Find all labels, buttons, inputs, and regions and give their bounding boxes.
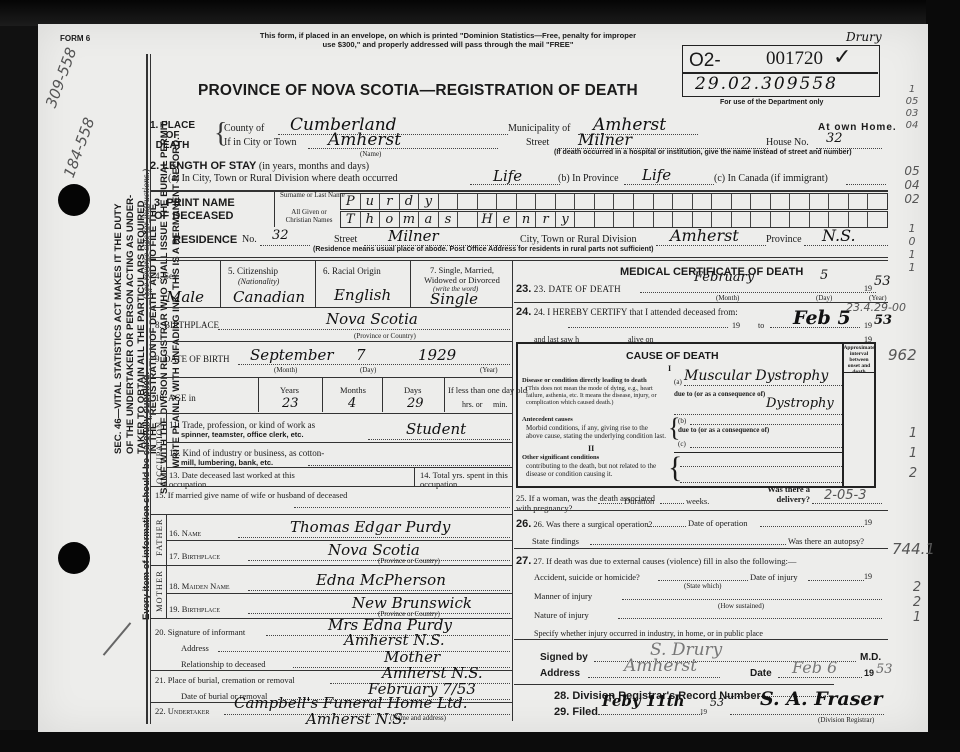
municipality-label: Municipality of (508, 123, 571, 134)
residence-city-value: Amherst (670, 226, 739, 245)
department-prefix: O2- (689, 50, 721, 72)
house-value: 32 (826, 131, 843, 146)
stay-city-label: (a) In City, Town or Rural Division wher… (168, 173, 398, 184)
cause-due-to-value: Dystrophy (766, 396, 834, 411)
department-handwritten-number: 29.02.309558 (695, 74, 838, 94)
manner-label: Manner of injury (534, 591, 592, 601)
racial-origin-label: 6. Racial Origin (323, 266, 381, 276)
margin-annotation-left-1: 309-558 (42, 45, 80, 110)
marital-status-value: Single (430, 290, 478, 308)
form-number: FORM 6 (60, 34, 90, 43)
dob-year-value: 1929 (418, 346, 456, 364)
death-month-value: February (694, 270, 754, 285)
direct-cause-label: Disease or condition directly leading to… (522, 377, 647, 384)
physician-address-value: Amherst (624, 656, 697, 676)
age-days-value: 29 (407, 396, 424, 411)
registrar-signature: S. A. Fraser (760, 688, 883, 710)
age-label: 10. AGE in (155, 393, 196, 403)
undertaker-address-value: Amherst N.S. (306, 710, 407, 728)
surname-label: Surname or Last Name (280, 191, 338, 199)
residence-label: RESIDENCE (173, 234, 237, 246)
city-value: Amherst (328, 130, 401, 150)
physician-date-value: Feb 6 (792, 658, 837, 677)
signed-by-label: Signed by (540, 652, 588, 663)
nature-label: Nature of injury (534, 610, 589, 620)
surgery-label: 26. 26. Was there a surgical operation? (516, 518, 652, 530)
delivery-annotation: 2-05-3 (824, 488, 866, 503)
birthplace-label: 8. BIRTHPLACE (155, 320, 219, 330)
specify-label: Specify whether injury occurred in indus… (534, 629, 763, 638)
interval-header: Approximate interval between onset and d… (843, 345, 875, 375)
checkmark-icon: ✓ (833, 44, 851, 70)
informant-address-value: Amherst N.S. (344, 631, 445, 649)
relationship-label: Relationship to deceased (181, 659, 266, 669)
form-title: PROVINCE OF NOVA SCOTIA—REGISTRATION OF … (198, 82, 638, 100)
sex-value: Male (166, 288, 204, 306)
stay-canada-label: (c) In Canada (if immigrant) (714, 173, 828, 184)
informant-signature-label: 20. Signature of informant (155, 627, 245, 637)
age-years-value: 23 (282, 396, 299, 411)
death-year-value: 53 (874, 274, 891, 289)
external-causes-label: 27. 27. If death was due to external cau… (516, 555, 796, 567)
punch-hole-bottom (58, 542, 90, 574)
accident-label: Accident, suicide or homicide? (534, 572, 640, 582)
death-day-value: 5 (820, 268, 828, 283)
punch-hole-top (58, 184, 90, 216)
residence-street-value: Milner (388, 227, 439, 245)
filed-label: 29. Filed (554, 706, 598, 718)
cause-heading: CAUSE OF DEATH (626, 350, 719, 362)
residence-note: (Residence means usual place of abode. P… (313, 246, 654, 253)
margin-annotation-left-2: 184-558 (60, 115, 98, 180)
dob-label: 9. DATE OF BIRTH (155, 354, 229, 364)
autopsy-label: Was there an autopsy? (788, 536, 864, 546)
form-left-border (146, 54, 148, 724)
racial-origin-value: English (334, 286, 391, 304)
delivery-label: Was there a delivery? (750, 484, 810, 504)
mother-name-value: Edna McPherson (316, 571, 446, 589)
stay-province-label: (b) In Province (558, 173, 619, 184)
city-label: If in City or Town (224, 137, 296, 148)
occupation-section-label: OCCUPATION (154, 421, 166, 484)
residence-no-value: 32 (272, 228, 289, 243)
surname-cells[interactable]: Purdy (340, 193, 888, 210)
length-of-stay-label: 2. LENGTH OF STAY (in years, months and … (150, 160, 369, 172)
citizenship-label: 5. Citizenship (228, 266, 278, 276)
external-causes-annotation: 744.1 (892, 540, 935, 558)
burial-place-label: 21. Place of burial, cremation or remova… (155, 675, 295, 685)
form-left-border-inner (150, 54, 151, 724)
dob-month-value: September (250, 346, 334, 364)
margin-annotation-interval: 962 (888, 346, 917, 364)
trade-value: Student (406, 420, 466, 438)
spouse-label: 15. If married give name of wife or husb… (155, 490, 355, 500)
father-birthplace-label: 17. Birthplace (169, 551, 220, 561)
print-name-label: 3. PRINT NAME OF DECEASED (154, 197, 235, 223)
citizenship-value: Canadian (233, 288, 305, 306)
place-of-death-label: 1. PLACEOFDEATH (150, 121, 195, 151)
trade-label: 11. Trade, profession, or kind of work a… (169, 420, 315, 430)
physician-address-label: Address (540, 668, 580, 679)
department-caption: For use of the Department only (720, 99, 823, 106)
birthplace-value: Nova Scotia (326, 310, 418, 328)
stay-city-value: Life (493, 167, 522, 185)
department-number: 001720 (766, 48, 823, 70)
findings-label: State findings (532, 536, 579, 546)
death-date-label: 23. 23. DATE OF DEATH (516, 283, 621, 295)
margin-annotations-right-lower: 1 0 1 1 (904, 222, 920, 274)
given-names-label: All Given or Christian Names (280, 208, 338, 224)
margin-annotations-right-bottom: 2 2 1 (910, 580, 924, 625)
county-label: County of (224, 123, 264, 134)
antecedent-label: Antecedent causes (522, 416, 573, 423)
attended-to-value: Feb 5 (793, 307, 851, 329)
father-name-value: Thomas Edgar Purdy (290, 518, 450, 536)
attended-to-year: 53 (874, 313, 892, 328)
street-label: Street (526, 137, 549, 148)
dob-day-value: 7 (356, 346, 366, 364)
stay-province-value: Life (642, 166, 671, 184)
section-divider (512, 261, 513, 721)
mother-name-label: 18. Maiden Name (169, 581, 230, 591)
postal-notice: This form, if placed in an envelope, on … (218, 31, 678, 49)
house-label: House No. (766, 137, 809, 148)
residence-province-value: N.S. (822, 226, 856, 245)
scan-border-bottom (0, 730, 960, 752)
marital-status-label: 7. Single, Married, Widowed or Divorced (414, 265, 510, 285)
scan-border-top (0, 0, 960, 26)
margin-annotations-right-top: 1 05 03 04 (900, 84, 924, 132)
cause-of-death-box: CAUSE OF DEATH Approximate interval betw… (516, 342, 876, 488)
department-annotation: Drury (846, 30, 882, 44)
father-section-label: FATHER (154, 519, 166, 557)
other-conditions-label: Other significant conditions (522, 454, 599, 461)
age-months-value: 4 (348, 396, 356, 411)
father-name-label: 16. Name (169, 528, 201, 538)
sex-label: 4. Sex (155, 271, 178, 281)
street-value: Milner (578, 130, 632, 149)
margin-annotations-right-cause: 1 1 2 (906, 424, 920, 484)
filed-value: Feby 11th (602, 692, 685, 710)
mother-section-label: MOTHER (154, 570, 166, 612)
scan-border-right (926, 0, 960, 752)
margin-annotations-right-mid: 05 04 02 (900, 164, 924, 206)
hospital-note: (If death occurred in a hospital or inst… (554, 149, 852, 156)
department-box: O2- 001720 ✓ 29.02.309558 (682, 45, 880, 97)
industry-label: 12. Kind of industry or business, as cot… (169, 448, 324, 458)
mother-birthplace-label: 19. Birthplace (169, 604, 220, 614)
given-names-cells[interactable]: ThomasHenry (340, 211, 888, 228)
certify-label: 24. 24. I HEREBY CERTIFY that I attended… (516, 306, 738, 318)
death-registration-form: FORM 6 309-558 184-558 SEC. 46—VITAL STA… (38, 24, 928, 732)
informant-address-label: Address (181, 643, 209, 653)
cause-a-value: Muscular Dystrophy (684, 368, 828, 384)
undertaker-label: 22. Undertaker (155, 706, 209, 716)
